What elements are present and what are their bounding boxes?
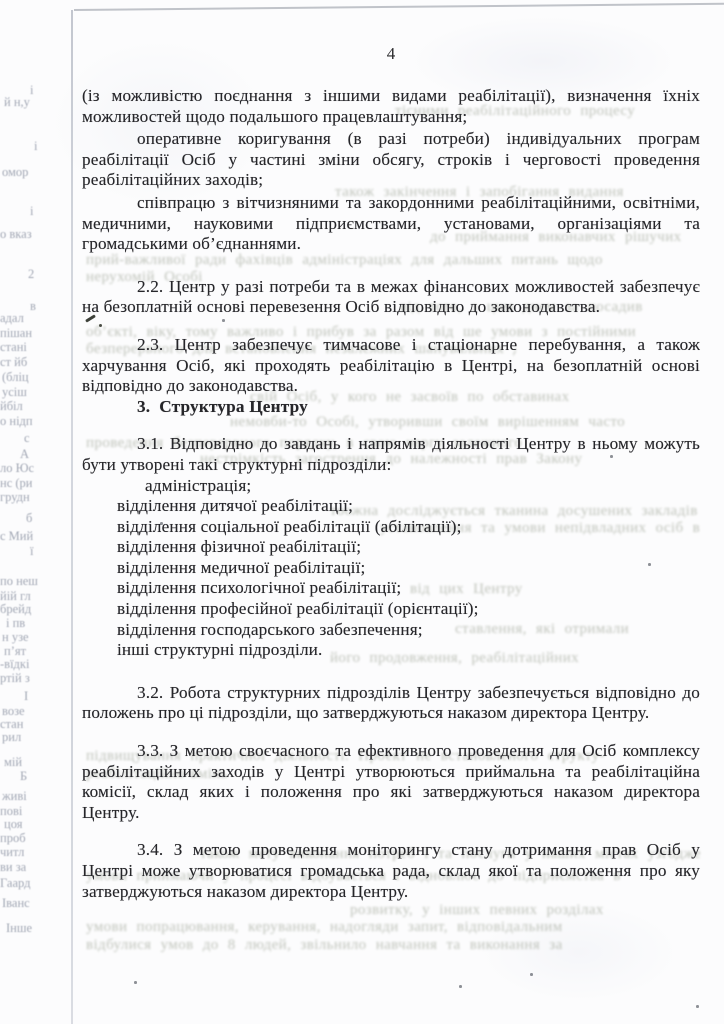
margin-bleed-fragment: І xyxy=(24,690,46,703)
margin-bleed-fragment: стан xyxy=(0,718,46,731)
paragraph: 2.2. Центр у разі потреби та в межах фін… xyxy=(82,277,700,318)
margin-bleed-fragment: омор xyxy=(2,166,46,179)
margin-bleed-fragment: ло Юс xyxy=(0,462,46,475)
list-item: відділення дитячої реабілітації; xyxy=(82,496,700,517)
paragraph: (із можливістю поєднання з іншими видами… xyxy=(82,86,700,127)
margin-bleed-fragment: Гаард xyxy=(0,877,46,890)
margin-bleed-fragment: усіш xyxy=(2,386,46,399)
scan-speck xyxy=(160,522,163,525)
bleedthrough-text: умови попрацювання, керування, надогляди… xyxy=(86,920,698,935)
scan-speck xyxy=(696,1005,699,1008)
list-item: інші структурні підрозділи. xyxy=(82,640,700,661)
margin-bleed-fragment: о нідп xyxy=(0,415,46,428)
bleedthrough-text: розвитку, у інших певних розділах xyxy=(350,903,700,918)
margin-bleed-fragment: в xyxy=(30,300,46,313)
scan-speck xyxy=(134,981,137,984)
margin-bleed-fragment: ви за xyxy=(0,861,46,874)
page-number: 4 xyxy=(82,44,700,64)
pencil-mark-dot xyxy=(99,324,102,327)
margin-bleed-fragment: і пв xyxy=(6,617,46,630)
margin-bleed-fragment: с Мий xyxy=(0,530,46,543)
margin-bleed-fragment: о вказ xyxy=(0,228,46,241)
list-item: відділення соціальної реабілітації (абіл… xyxy=(82,517,700,538)
scan-speck xyxy=(530,973,533,976)
margin-bleed-fragment: і xyxy=(30,84,46,97)
scan-speck xyxy=(648,563,651,566)
margin-bleed-fragment: А xyxy=(20,448,46,461)
paragraph: 3.3. З метою своєчасного та ефективного … xyxy=(82,741,700,823)
margin-bleed-fragment: нс (ри xyxy=(0,477,46,490)
list-item: відділення психологічної реабілітації; xyxy=(82,578,700,599)
margin-bleed-fragment: йбіл xyxy=(0,400,46,413)
scanned-page: тісними реабілітаційного процесутакож за… xyxy=(0,0,724,1024)
margin-bleed-fragment: (бліц xyxy=(2,371,46,384)
margin-bleed-fragment: грудн xyxy=(0,491,46,504)
margin-bleed-fragment: мій xyxy=(4,756,46,769)
margin-bleed-fragment: йій гл xyxy=(0,590,46,603)
section-heading: 3. Структура Центру xyxy=(82,397,700,418)
list-item: відділення фізичної реабілітації; xyxy=(82,537,700,558)
margin-bleed-fragment: Іванс xyxy=(2,897,46,910)
margin-bleed-fragment: стані xyxy=(0,341,46,354)
margin-bleed-fragment: Б xyxy=(20,770,46,783)
margin-bleed-fragment: 2 xyxy=(28,268,46,281)
margin-bleed-fragment: проб xyxy=(0,832,46,845)
margin-bleed-fragment: б xyxy=(26,512,46,525)
margin-bleed-fragment: возе xyxy=(2,705,46,718)
margin-bleed-fragment: Інше xyxy=(6,922,46,935)
scan-top-edge xyxy=(74,3,724,11)
margin-bleed-fragment: цоя xyxy=(4,818,46,831)
paragraph: оперативне коригування (в разі потреби) … xyxy=(82,129,700,191)
margin-bleed-fragment: й н,у xyxy=(4,96,46,109)
margin-bleed-fragment: -вїдкі xyxy=(0,658,46,671)
paragraph: 3.1. Відповідно до завдань і напрямів ді… xyxy=(82,434,700,475)
page-edge-line xyxy=(71,10,73,1024)
margin-bleed-fragment: ст йб xyxy=(0,356,46,369)
paragraph: співпрацю з вітчизняними та закордонними… xyxy=(82,193,700,255)
document-body: (із можливістю поєднання з іншими видами… xyxy=(82,84,700,902)
margin-bleed-fragment: і xyxy=(34,140,46,153)
paragraph: 2.3. Центр забезпечує тимчасове і стаціо… xyxy=(82,335,700,397)
margin-bleed-fragment: по неш xyxy=(0,575,46,588)
margin-bleed-fragment: брейд xyxy=(0,603,46,616)
margin-bleed-fragment: і xyxy=(30,205,46,218)
scan-speck xyxy=(610,455,613,458)
list-item: відділення медичної реабілітації; xyxy=(82,558,700,579)
margin-bleed-fragment: живі xyxy=(2,790,46,803)
margin-bleed-fragment: пішан xyxy=(0,327,46,340)
scan-speck xyxy=(459,985,462,988)
margin-bleed-fragment: рил xyxy=(2,731,46,744)
paragraph: 3.4. З метою проведення моніторингу стан… xyxy=(82,840,700,902)
bleedthrough-text: відбулися умов до 8 людей, звільнило нав… xyxy=(86,938,646,953)
margin-bleed-fragment: адал xyxy=(0,312,46,325)
margin-bleed-fragment: пові xyxy=(0,805,46,818)
list-item: відділення господарського забезпечення; xyxy=(82,620,700,641)
margin-bleed-fragment: с xyxy=(24,432,46,445)
margin-bleed-fragment: н узе xyxy=(2,631,46,644)
list-item: відділення професійної реабілітації (орі… xyxy=(82,599,700,620)
margin-bleed-fragment: ртій з xyxy=(0,672,46,685)
paragraph: 3.2. Робота структурних підрозділів Цент… xyxy=(82,683,700,724)
margin-bleed-fragment: читл xyxy=(0,846,46,859)
scan-speck xyxy=(222,319,225,322)
margin-bleed-fragment: ї xyxy=(30,545,46,558)
list-item: адміністрація; xyxy=(82,476,700,497)
margin-bleed-fragment: п’ят xyxy=(4,645,46,658)
